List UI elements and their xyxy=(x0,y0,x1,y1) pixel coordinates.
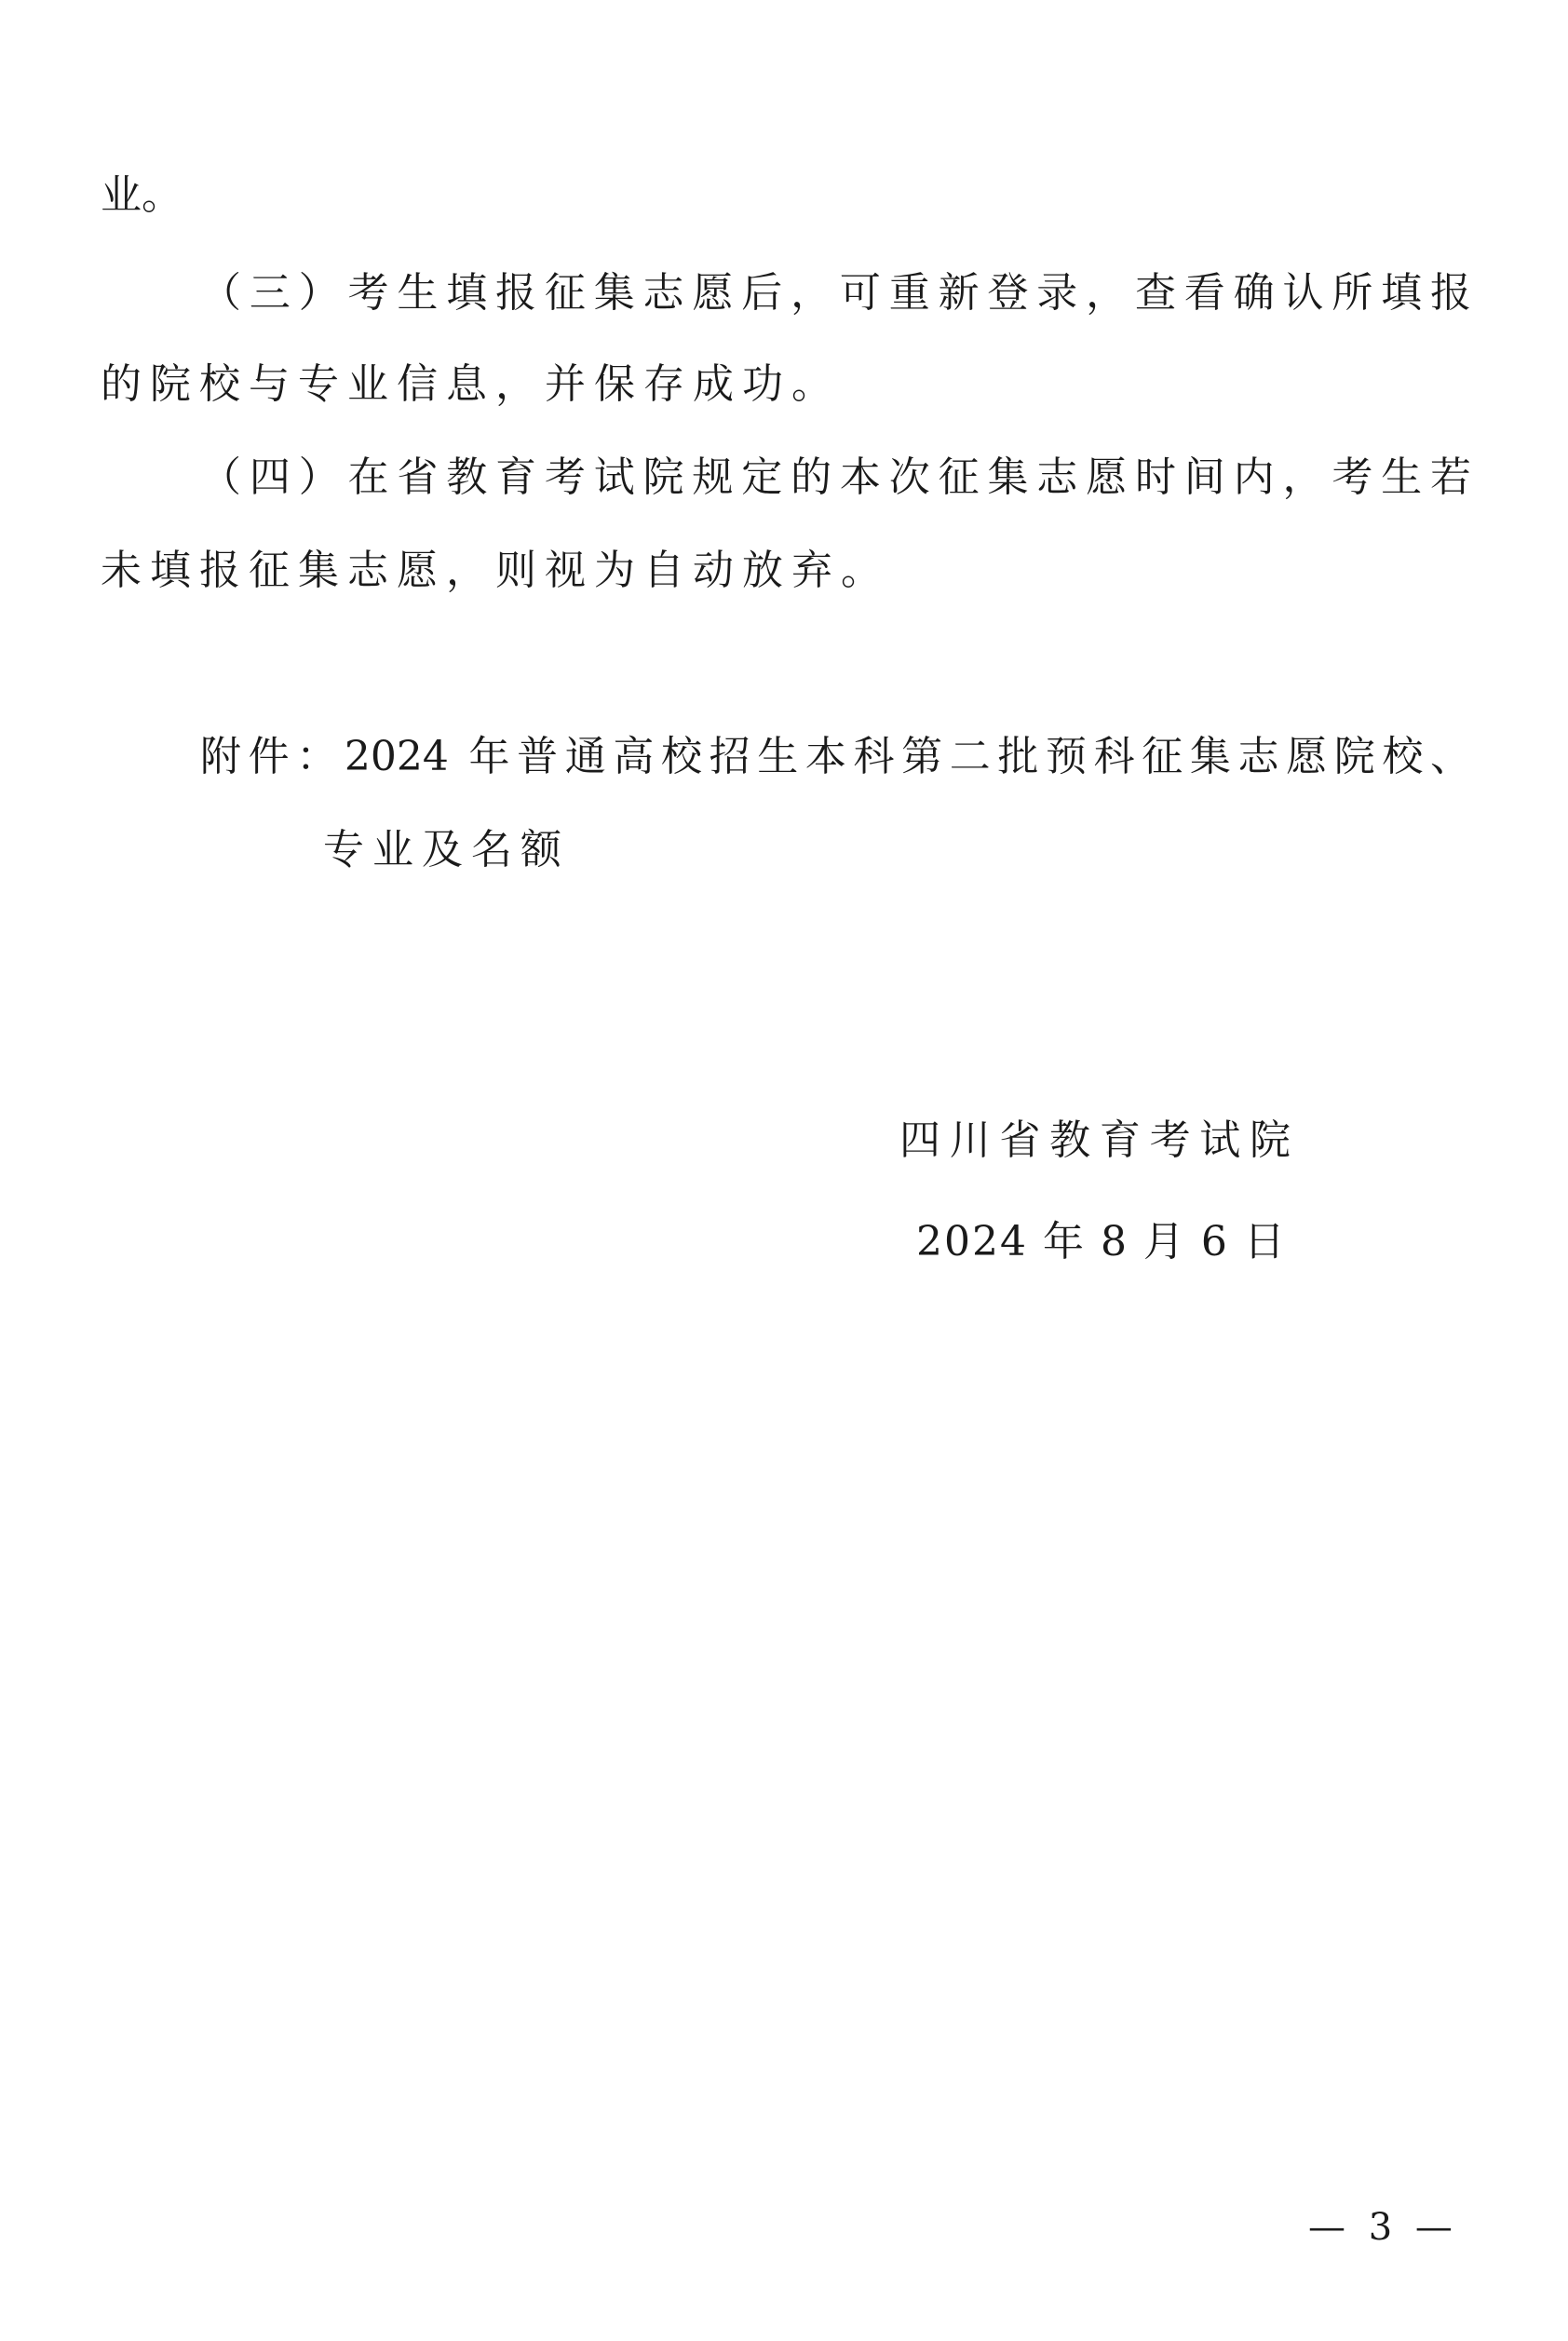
attachment-line-1: 附件：2024 年普通高校招生本科第二批预科征集志愿院校、 xyxy=(200,729,1471,785)
paragraph-continuation: 业。 xyxy=(101,168,182,223)
paragraph-four-line-1: （四）在省教育考试院规定的本次征集志愿时间内，考生若 xyxy=(200,450,1471,506)
page-number: — 3 — xyxy=(1308,2199,1458,2255)
paragraph-four-line-2: 未填报征集志愿，则视为自动放弃。 xyxy=(101,543,890,599)
paragraph-three-line-2: 的院校与专业信息，并保存成功。 xyxy=(101,357,841,413)
attachment-line-2: 专业及名额 xyxy=(323,822,570,878)
signature-date: 2024 年 8 月 6 日 xyxy=(916,1214,1287,1270)
paragraph-three-line-1: （三）考生填报征集志愿后，可重新登录，查看确认所填报 xyxy=(200,265,1471,321)
signature-organization: 四川省教育考试院 xyxy=(899,1113,1291,1169)
